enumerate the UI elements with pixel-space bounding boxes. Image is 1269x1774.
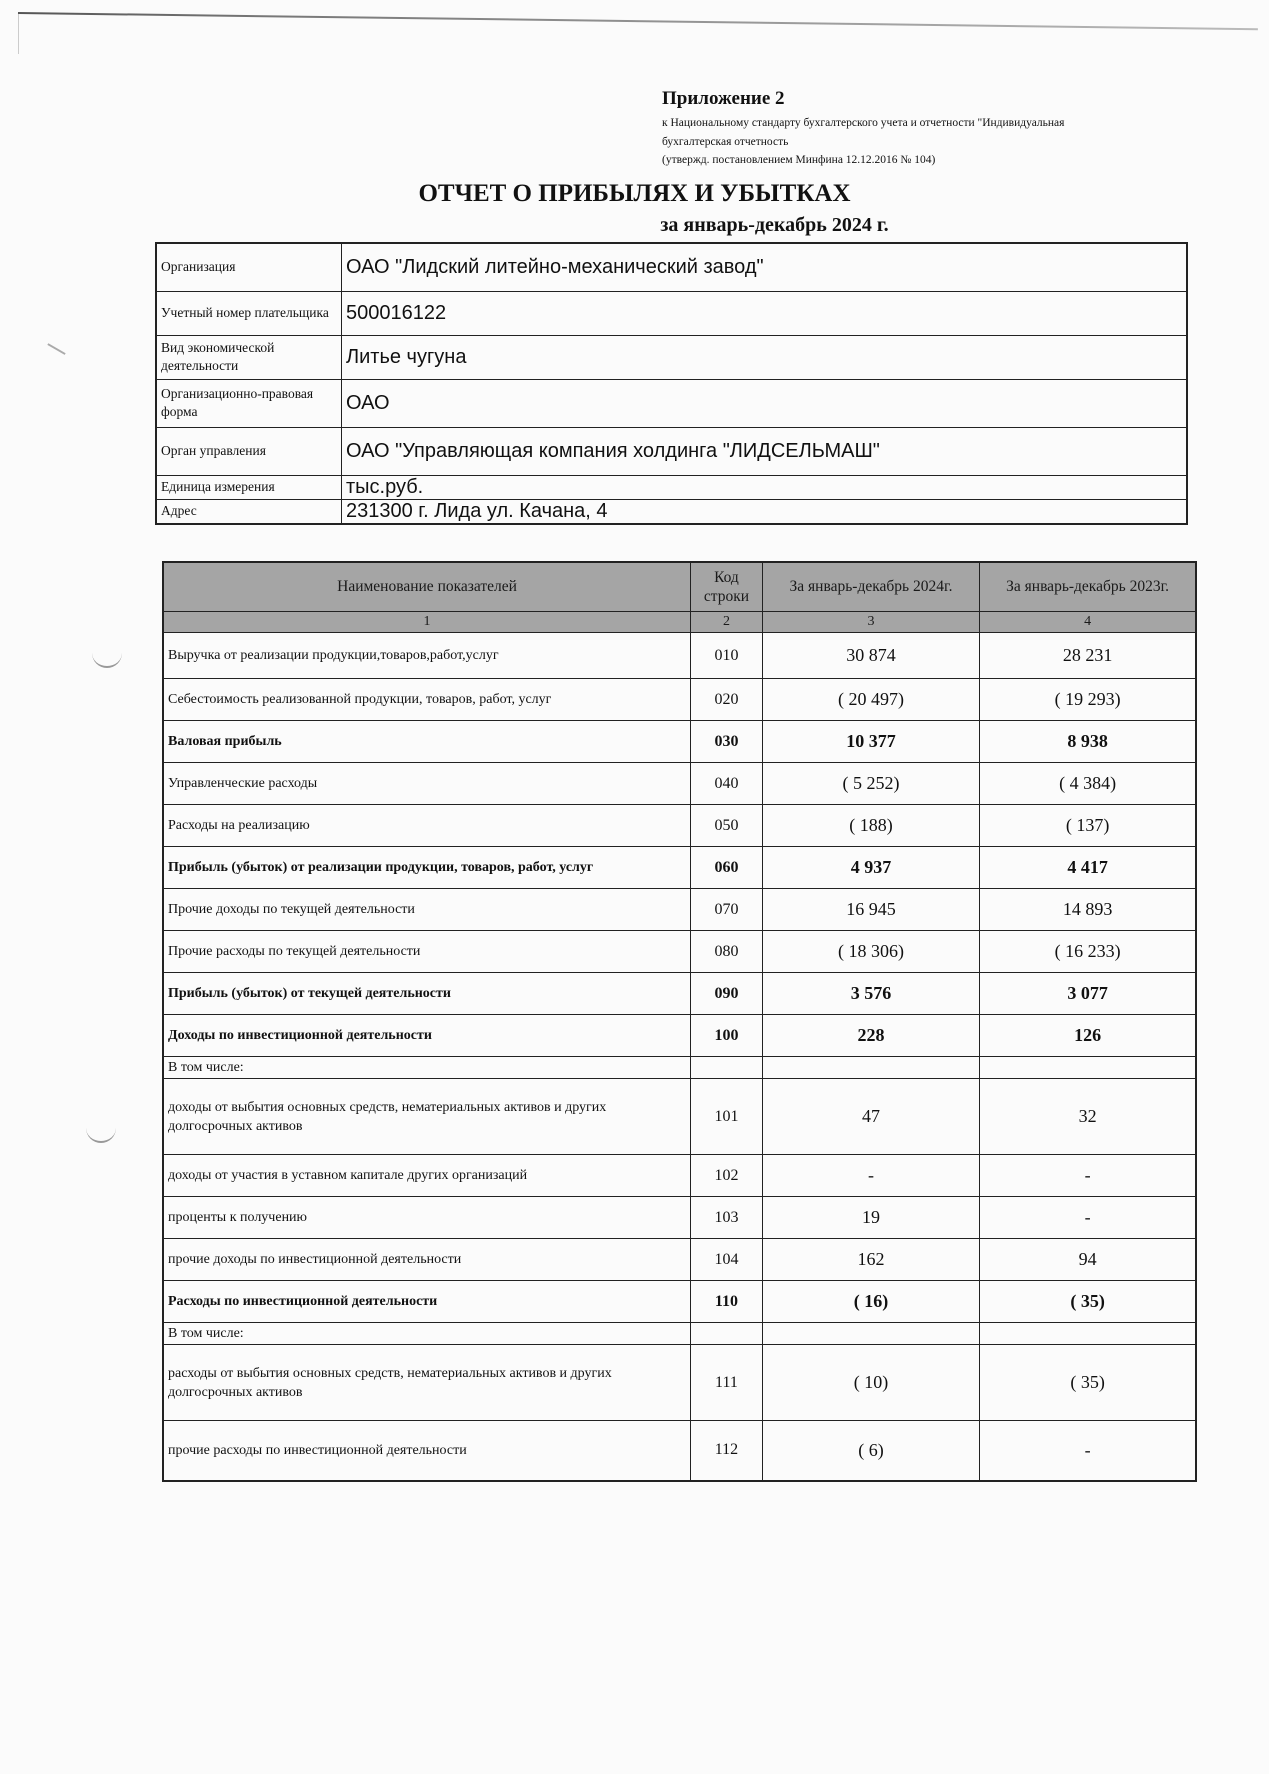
info-row: Адрес231300 г. Лида ул. Качана, 4 xyxy=(156,499,1187,524)
table-row: Выручка от реализации продукции,товаров,… xyxy=(163,633,1196,679)
info-value: ОАО "Управляющая компания холдинга "ЛИДС… xyxy=(342,427,1188,475)
scan-edge-line xyxy=(18,12,1258,30)
appendix-title: Приложение 2 xyxy=(662,88,1182,110)
table-row: В том числе: xyxy=(163,1323,1196,1345)
row-name: Прибыль (убыток) от реализации продукции… xyxy=(163,847,691,889)
row-code: 040 xyxy=(691,763,763,805)
table-header-row: Наименование показателей Код строки За я… xyxy=(163,562,1196,612)
row-name: Валовая прибыль xyxy=(163,721,691,763)
row-name: Доходы по инвестиционной деятельности xyxy=(163,1015,691,1057)
info-row: ОрганизацияОАО "Лидский литейно-механиче… xyxy=(156,243,1187,291)
row-code xyxy=(691,1057,763,1079)
row-name: Расходы на реализацию xyxy=(163,805,691,847)
table-row: Прочие расходы по текущей деятельности08… xyxy=(163,931,1196,973)
info-row: Организационно-правовая формаОАО xyxy=(156,379,1187,427)
header-2024: За январь-декабрь 2024г. xyxy=(762,562,979,612)
organization-info-table: ОрганизацияОАО "Лидский литейно-механиче… xyxy=(155,242,1188,525)
table-row: доходы от участия в уставном капитале др… xyxy=(163,1155,1196,1197)
row-name: Расходы по инвестиционной деятельности xyxy=(163,1281,691,1323)
row-code: 090 xyxy=(691,973,763,1015)
row-code: 104 xyxy=(691,1239,763,1281)
row-name: расходы от выбытия основных средств, нем… xyxy=(163,1345,691,1421)
header-indicator-name: Наименование показателей xyxy=(163,562,691,612)
value-2023: 3 077 xyxy=(980,973,1196,1015)
info-label: Адрес xyxy=(156,499,342,524)
value-2023: 14 893 xyxy=(980,889,1196,931)
row-name: Выручка от реализации продукции,товаров,… xyxy=(163,633,691,679)
value-2023: ( 16 233) xyxy=(980,931,1196,973)
column-number: 4 xyxy=(980,612,1196,633)
table-row: прочие доходы по инвестиционной деятельн… xyxy=(163,1239,1196,1281)
value-2024: ( 20 497) xyxy=(762,679,979,721)
row-code xyxy=(691,1323,763,1345)
value-2024: ( 16) xyxy=(762,1281,979,1323)
value-2023: ( 137) xyxy=(980,805,1196,847)
row-code: 050 xyxy=(691,805,763,847)
value-2024 xyxy=(762,1057,979,1079)
value-2023: - xyxy=(980,1155,1196,1197)
table-row: Управленческие расходы040( 5 252)( 4 384… xyxy=(163,763,1196,805)
row-code: 070 xyxy=(691,889,763,931)
info-label: Организация xyxy=(156,243,342,291)
value-2023 xyxy=(980,1057,1196,1079)
row-name: Себестоимость реализованной продукции, т… xyxy=(163,679,691,721)
column-number: 3 xyxy=(762,612,979,633)
header-2023: За январь-декабрь 2023г. xyxy=(980,562,1196,612)
value-2023: ( 35) xyxy=(980,1345,1196,1421)
value-2024: 3 576 xyxy=(762,973,979,1015)
info-row: Вид экономической деятельностиЛитье чугу… xyxy=(156,335,1187,379)
row-name: Управленческие расходы xyxy=(163,763,691,805)
scan-artifact-mark xyxy=(47,331,72,355)
value-2023: 28 231 xyxy=(980,633,1196,679)
row-code: 101 xyxy=(691,1079,763,1155)
value-2024: ( 6) xyxy=(762,1421,979,1481)
value-2024: ( 188) xyxy=(762,805,979,847)
value-2023: 4 417 xyxy=(980,847,1196,889)
value-2024: 228 xyxy=(762,1015,979,1057)
info-label: Орган управления xyxy=(156,427,342,475)
value-2023: ( 35) xyxy=(980,1281,1196,1323)
value-2023: 32 xyxy=(980,1079,1196,1155)
row-code: 010 xyxy=(691,633,763,679)
info-value: Литье чугуна xyxy=(342,335,1188,379)
row-name: Прочие доходы по текущей деятельности xyxy=(163,889,691,931)
table-row: Расходы по инвестиционной деятельности11… xyxy=(163,1281,1196,1323)
table-row: Прочие доходы по текущей деятельности070… xyxy=(163,889,1196,931)
info-label: Организационно-правовая форма xyxy=(156,379,342,427)
row-name: Прибыль (убыток) от текущей деятельности xyxy=(163,973,691,1015)
profit-loss-table: Наименование показателей Код строки За я… xyxy=(162,561,1197,1482)
value-2024: 16 945 xyxy=(762,889,979,931)
row-code: 030 xyxy=(691,721,763,763)
row-code: 080 xyxy=(691,931,763,973)
info-label: Учетный номер плательщика xyxy=(156,291,342,335)
table-row: прочие расходы по инвестиционной деятель… xyxy=(163,1421,1196,1481)
info-value: 231300 г. Лида ул. Качана, 4 xyxy=(342,499,1188,524)
info-value: ОАО "Лидский литейно-механический завод" xyxy=(342,243,1188,291)
value-2024: 19 xyxy=(762,1197,979,1239)
table-row: Прибыль (убыток) от реализации продукции… xyxy=(163,847,1196,889)
value-2024: 47 xyxy=(762,1079,979,1155)
table-row: В том числе: xyxy=(163,1057,1196,1079)
table-row: Валовая прибыль03010 3778 938 xyxy=(163,721,1196,763)
value-2024: 162 xyxy=(762,1239,979,1281)
row-name: В том числе: xyxy=(163,1323,691,1345)
value-2024: ( 10) xyxy=(762,1345,979,1421)
value-2023: ( 19 293) xyxy=(980,679,1196,721)
value-2024 xyxy=(762,1323,979,1345)
row-name: доходы от участия в уставном капитале др… xyxy=(163,1155,691,1197)
value-2023 xyxy=(980,1323,1196,1345)
value-2023: - xyxy=(980,1421,1196,1481)
value-2024: ( 18 306) xyxy=(762,931,979,973)
row-name: В том числе: xyxy=(163,1057,691,1079)
value-2023: ( 4 384) xyxy=(980,763,1196,805)
value-2024: 4 937 xyxy=(762,847,979,889)
info-row: Орган управленияОАО "Управляющая компани… xyxy=(156,427,1187,475)
value-2024: ( 5 252) xyxy=(762,763,979,805)
document-title: ОТЧЕТ О ПРИБЫЛЯХ И УБЫТКАХ xyxy=(0,180,1269,208)
punch-hole-mark xyxy=(86,1125,116,1143)
appendix-line: бухгалтерская отчетность xyxy=(662,133,1182,152)
appendix-line: к Национальному стандарту бухгалтерского… xyxy=(662,114,1182,133)
table-row: Расходы на реализацию050( 188)( 137) xyxy=(163,805,1196,847)
value-2024: 30 874 xyxy=(762,633,979,679)
info-row: Учетный номер плательщика500016122 xyxy=(156,291,1187,335)
info-value: 500016122 xyxy=(342,291,1188,335)
value-2024: 10 377 xyxy=(762,721,979,763)
row-code: 060 xyxy=(691,847,763,889)
row-code: 020 xyxy=(691,679,763,721)
row-name: доходы от выбытия основных средств, нема… xyxy=(163,1079,691,1155)
row-code: 100 xyxy=(691,1015,763,1057)
row-name: прочие расходы по инвестиционной деятель… xyxy=(163,1421,691,1481)
value-2023: 8 938 xyxy=(980,721,1196,763)
table-row: Доходы по инвестиционной деятельности100… xyxy=(163,1015,1196,1057)
table-row: доходы от выбытия основных средств, нема… xyxy=(163,1079,1196,1155)
table-row: расходы от выбытия основных средств, нем… xyxy=(163,1345,1196,1421)
header-row-code: Код строки xyxy=(691,562,763,612)
value-2023: - xyxy=(980,1197,1196,1239)
row-code: 112 xyxy=(691,1421,763,1481)
row-code: 111 xyxy=(691,1345,763,1421)
appendix-note: Приложение 2 к Национальному стандарту б… xyxy=(662,88,1182,170)
column-number-row: 1 2 3 4 xyxy=(163,612,1196,633)
punch-hole-mark xyxy=(92,650,122,668)
info-label: Единица измерения xyxy=(156,475,342,499)
appendix-line: (утвержд. постановлением Минфина 12.12.2… xyxy=(662,151,1182,170)
row-code: 110 xyxy=(691,1281,763,1323)
row-name: прочие доходы по инвестиционной деятельн… xyxy=(163,1239,691,1281)
row-code: 102 xyxy=(691,1155,763,1197)
info-label: Вид экономической деятельности xyxy=(156,335,342,379)
value-2024: - xyxy=(762,1155,979,1197)
table-row: проценты к получению10319- xyxy=(163,1197,1196,1239)
table-row: Прибыль (убыток) от текущей деятельности… xyxy=(163,973,1196,1015)
document-period: за январь-декабрь 2024 г. xyxy=(140,214,1269,237)
scan-edge-mark xyxy=(18,14,19,54)
column-number: 2 xyxy=(691,612,763,633)
value-2023: 126 xyxy=(980,1015,1196,1057)
info-value: тыс.руб. xyxy=(342,475,1188,499)
table-row: Себестоимость реализованной продукции, т… xyxy=(163,679,1196,721)
info-row: Единица измерениятыс.руб. xyxy=(156,475,1187,499)
value-2023: 94 xyxy=(980,1239,1196,1281)
row-name: Прочие расходы по текущей деятельности xyxy=(163,931,691,973)
column-number: 1 xyxy=(163,612,691,633)
row-code: 103 xyxy=(691,1197,763,1239)
info-value: ОАО xyxy=(342,379,1188,427)
row-name: проценты к получению xyxy=(163,1197,691,1239)
